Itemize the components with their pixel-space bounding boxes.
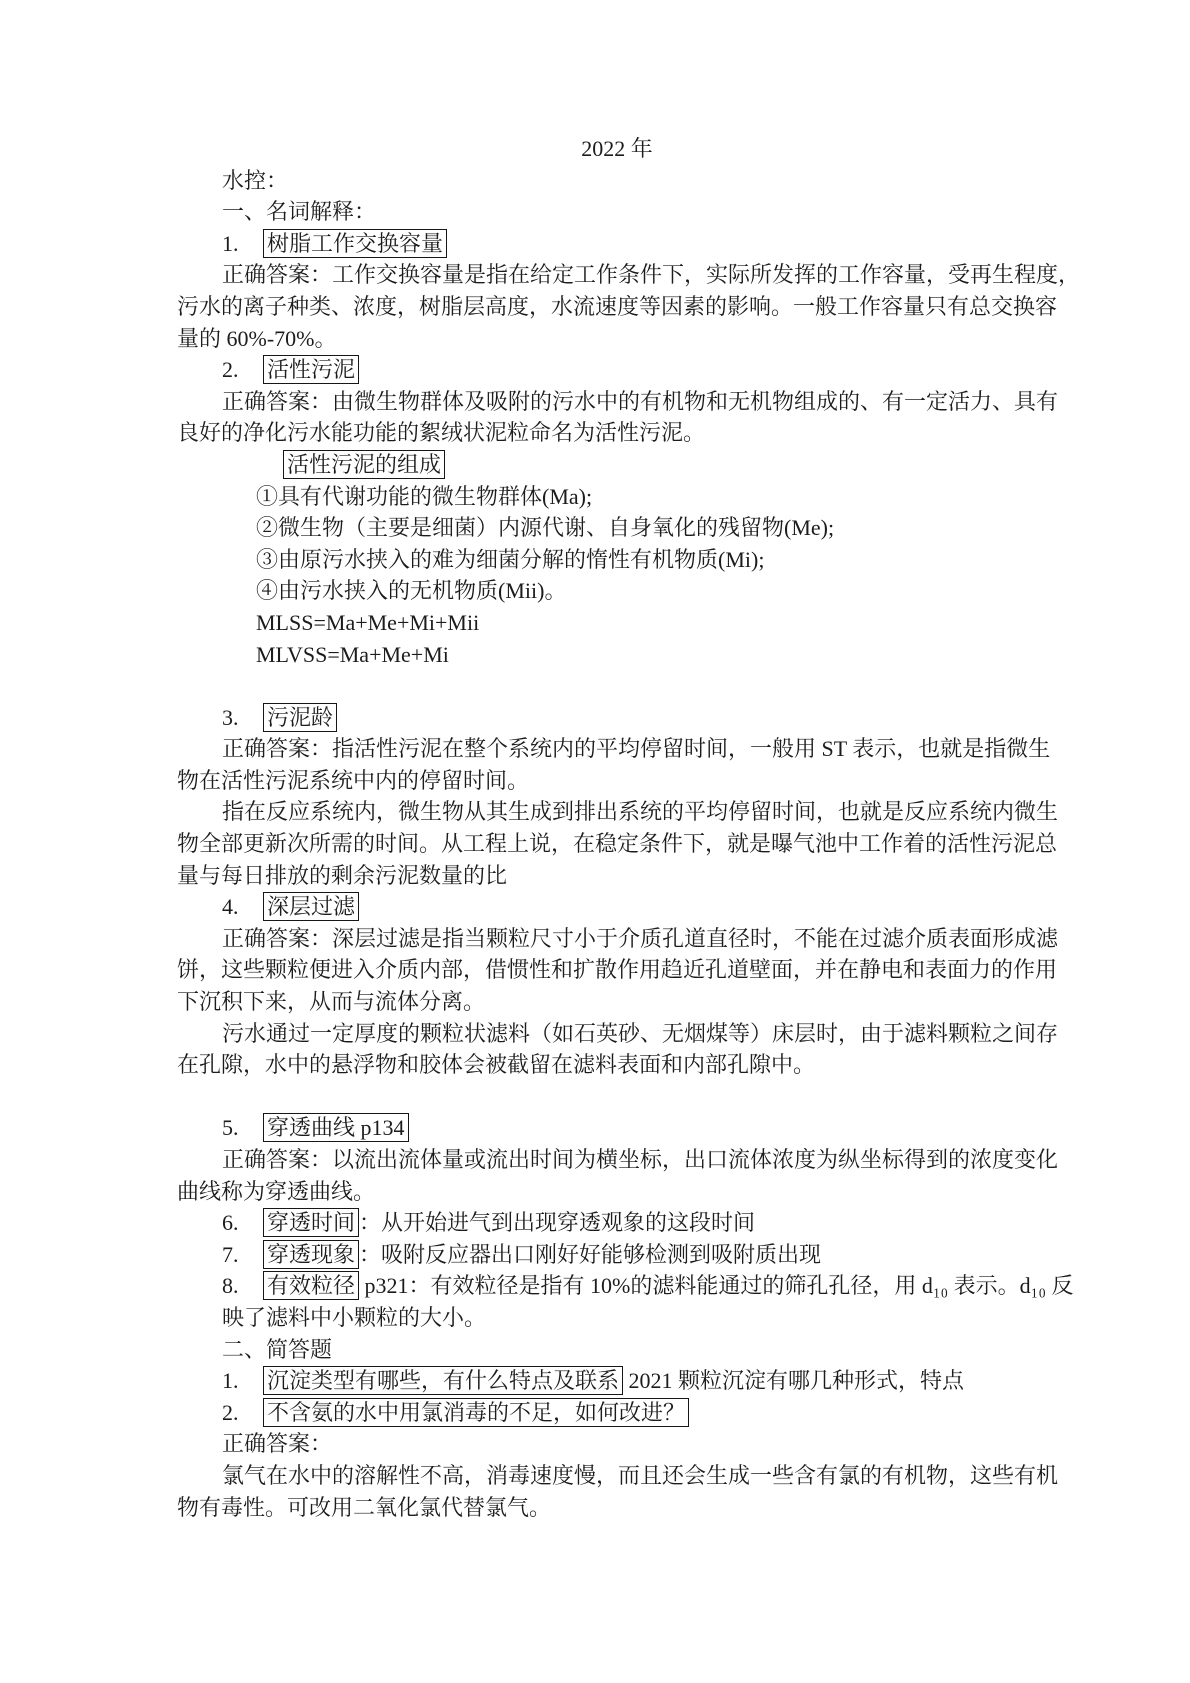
boxed-term: 有效粒径: [263, 1271, 359, 1300]
doc-line: 正确答案：深层过滤是指当颗粒尺寸小于介质孔道直径时，不能在过滤介质表面形成滤: [177, 923, 1057, 955]
doc-line: MLVSS=Ma+Me+Mi: [177, 639, 1057, 671]
list-number: 8.: [222, 1270, 263, 1302]
doc-line: 污水的离子种类、浓度，树脂层高度，水流速度等因素的影响。一般工作容量只有总交换容: [177, 291, 1057, 323]
text-run: MLSS=Ma+Me+Mi+Mii: [256, 610, 479, 635]
text-run: 物全部更新次所需的时间。从工程上说，在稳定条件下，就是曝气池中工作着的活性污泥总: [177, 831, 1057, 856]
text-run: 饼，这些颗粒便进入介质内部，借惯性和扩散作用趋近孔道壁面，并在静电和表面力的作用: [177, 957, 1057, 982]
doc-line: 1.沉淀类型有哪些，有什么特点及联系 2021 颗粒沉淀有哪几种形式，特点: [177, 1365, 1057, 1397]
doc-line: 曲线称为穿透曲线。: [177, 1176, 1057, 1208]
list-number: 2.: [222, 354, 263, 386]
doc-line: 下沉积下来，从而与流体分离。: [177, 986, 1057, 1018]
doc-line: 水控：: [177, 165, 1057, 197]
list-number: 4.: [222, 891, 263, 923]
text-run: 物有毒性。可改用二氧化氯代替氯气。: [177, 1495, 551, 1520]
text-run: 二、简答题: [222, 1337, 332, 1362]
boxed-term: 活性污泥的组成: [283, 450, 445, 479]
text-run: p321：有效粒径是指有 10%的滤料能通过的筛孔孔径，用 d₁₀ 表示。d₁₀…: [359, 1273, 1074, 1298]
doc-line: 正确答案：由微生物群体及吸附的污水中的有机物和无机物组成的、有一定活力、具有: [177, 386, 1057, 418]
doc-line: 饼，这些颗粒便进入介质内部，借惯性和扩散作用趋近孔道壁面，并在静电和表面力的作用: [177, 954, 1057, 986]
text-run: 正确答案：深层过滤是指当颗粒尺寸小于介质孔道直径时，不能在过滤介质表面形成滤: [222, 926, 1058, 951]
doc-line: 正确答案：以流出流体量或流出时间为横坐标，出口流体浓度为纵坐标得到的浓度变化: [177, 1144, 1057, 1176]
list-number: 7.: [222, 1239, 263, 1271]
doc-line: 7.穿透现象：吸附反应器出口刚好好能够检测到吸附质出现: [177, 1239, 1057, 1271]
doc-line: 指在反应系统内，微生物从其生成到排出系统的平均停留时间，也就是反应系统内微生: [177, 796, 1057, 828]
doc-line: 污水通过一定厚度的颗粒状滤料（如石英砂、无烟煤等）床层时，由于滤料颗粒之间存: [177, 1018, 1057, 1050]
boxed-term: 穿透时间: [263, 1208, 359, 1237]
doc-title: 2022 年: [177, 133, 1057, 165]
doc-line: 2.活性污泥: [177, 354, 1057, 386]
doc-line: 量的 60%-70%。: [177, 323, 1057, 355]
text-run: ④由污水挟入的无机物质(Mii)。: [256, 578, 566, 603]
document-page: 2022 年 水控：一、名词解释：1.树脂工作交换容量正确答案：工作交换容量是指…: [0, 0, 1190, 1683]
doc-line: ④由污水挟入的无机物质(Mii)。: [177, 575, 1057, 607]
text-run: 正确答案：: [222, 1431, 332, 1456]
doc-line: 5.穿透曲线 p134: [177, 1112, 1057, 1144]
doc-line: 4.深层过滤: [177, 891, 1057, 923]
doc-line: 6.穿透时间：从开始进气到出现穿透观象的这段时间: [177, 1207, 1057, 1239]
text-run: 氯气在水中的溶解性不高，消毒速度慢，而且还会生成一些含有氯的有机物，这些有机: [222, 1463, 1058, 1488]
text-run: 在孔隙，水中的悬浮物和胶体会被截留在滤料表面和内部孔隙中。: [177, 1052, 815, 1077]
doc-line: 活性污泥的组成: [177, 449, 1057, 481]
text-run: 映了滤料中小颗粒的大小。: [222, 1305, 486, 1330]
doc-line: 正确答案：指活性污泥在整个系统内的平均停留时间，一般用 ST 表示，也就是指微生: [177, 733, 1057, 765]
list-number: 2.: [222, 1397, 263, 1429]
text-run: 2021 颗粒沉淀有哪几种形式，特点: [623, 1368, 964, 1393]
doc-line: 物全部更新次所需的时间。从工程上说，在稳定条件下，就是曝气池中工作着的活性污泥总: [177, 828, 1057, 860]
list-number: 5.: [222, 1112, 263, 1144]
text-run: 污水通过一定厚度的颗粒状滤料（如石英砂、无烟煤等）床层时，由于滤料颗粒之间存: [222, 1021, 1058, 1046]
doc-line: ①具有代谢功能的微生物群体(Ma);: [177, 481, 1057, 513]
list-number: 1.: [222, 1365, 263, 1397]
text-run: 正确答案：指活性污泥在整个系统内的平均停留时间，一般用 ST 表示，也就是指微生: [222, 736, 1050, 761]
document-body: 2022 年 水控：一、名词解释：1.树脂工作交换容量正确答案：工作交换容量是指…: [177, 133, 1057, 1523]
text-run: 一、名词解释：: [222, 199, 376, 224]
doc-line: 正确答案：: [177, 1428, 1057, 1460]
boxed-term: 不含氨的水中用氯消毒的不足，如何改进？: [263, 1398, 689, 1427]
text-run: 正确答案：由微生物群体及吸附的污水中的有机物和无机物组成的、有一定活力、具有: [222, 389, 1058, 414]
doc-line: 2.不含氨的水中用氯消毒的不足，如何改进？: [177, 1397, 1057, 1429]
text-run: 良好的净化污水能功能的絮绒状泥粒命名为活性污泥。: [177, 420, 705, 445]
doc-line: 3.污泥龄: [177, 702, 1057, 734]
list-number: 6.: [222, 1207, 263, 1239]
doc-line: 物在活性污泥系统中内的停留时间。: [177, 765, 1057, 797]
doc-line: MLSS=Ma+Me+Mi+Mii: [177, 607, 1057, 639]
text-run: MLVSS=Ma+Me+Mi: [256, 642, 449, 667]
text-run: ①具有代谢功能的微生物群体(Ma);: [256, 484, 592, 509]
boxed-term: 污泥龄: [263, 703, 337, 732]
blank-line: [177, 670, 1057, 702]
boxed-term: 穿透现象: [263, 1240, 359, 1269]
text-run: 指在反应系统内，微生物从其生成到排出系统的平均停留时间，也就是反应系统内微生: [222, 799, 1058, 824]
doc-line: ③由原污水挟入的难为细菌分解的惰性有机物质(Mi);: [177, 544, 1057, 576]
text-run: 量的 60%-70%。: [177, 326, 336, 351]
doc-line: 量与每日排放的剩余污泥数量的比: [177, 860, 1057, 892]
doc-line: 映了滤料中小颗粒的大小。: [177, 1302, 1057, 1334]
text-run: 物在活性污泥系统中内的停留时间。: [177, 768, 529, 793]
doc-line: 8.有效粒径 p321：有效粒径是指有 10%的滤料能通过的筛孔孔径，用 d₁₀…: [177, 1270, 1057, 1302]
text-run: ：从开始进气到出现穿透观象的这段时间: [359, 1210, 755, 1235]
doc-line: 良好的净化污水能功能的絮绒状泥粒命名为活性污泥。: [177, 417, 1057, 449]
doc-line: 正确答案：工作交换容量是指在给定工作条件下，实际所发挥的工作容量，受再生程度，: [177, 259, 1057, 291]
doc-line: 1.树脂工作交换容量: [177, 228, 1057, 260]
text-run: ②微生物（主要是细菌）内源代谢、自身氧化的残留物(Me);: [256, 515, 834, 540]
list-number: 3.: [222, 702, 263, 734]
boxed-term: 活性污泥: [263, 355, 359, 384]
boxed-term: 深层过滤: [263, 892, 359, 921]
text-run: 正确答案：以流出流体量或流出时间为横坐标，出口流体浓度为纵坐标得到的浓度变化: [222, 1147, 1058, 1172]
text-run: 下沉积下来，从而与流体分离。: [177, 989, 485, 1014]
doc-line: 氯气在水中的溶解性不高，消毒速度慢，而且还会生成一些含有氯的有机物，这些有机: [177, 1460, 1057, 1492]
text-run: 污水的离子种类、浓度，树脂层高度，水流速度等因素的影响。一般工作容量只有总交换容: [177, 294, 1057, 319]
boxed-term: 穿透曲线 p134: [263, 1113, 409, 1142]
doc-line: 物有毒性。可改用二氧化氯代替氯气。: [177, 1492, 1057, 1524]
text-run: 量与每日排放的剩余污泥数量的比: [177, 863, 507, 888]
text-run: 水控：: [222, 168, 288, 193]
blank-line: [177, 1081, 1057, 1113]
text-run: 曲线称为穿透曲线。: [177, 1179, 375, 1204]
text-run: 正确答案：工作交换容量是指在给定工作条件下，实际所发挥的工作容量，受再生程度，: [222, 262, 1080, 287]
doc-line: 一、名词解释：: [177, 196, 1057, 228]
boxed-term: 沉淀类型有哪些，有什么特点及联系: [263, 1366, 623, 1395]
text-run: ：吸附反应器出口刚好好能够检测到吸附质出现: [359, 1242, 821, 1267]
doc-line: 在孔隙，水中的悬浮物和胶体会被截留在滤料表面和内部孔隙中。: [177, 1049, 1057, 1081]
doc-line: ②微生物（主要是细菌）内源代谢、自身氧化的残留物(Me);: [177, 512, 1057, 544]
text-run: ③由原污水挟入的难为细菌分解的惰性有机物质(Mi);: [256, 547, 764, 572]
doc-line: 二、简答题: [177, 1334, 1057, 1366]
boxed-term: 树脂工作交换容量: [263, 229, 447, 258]
list-number: 1.: [222, 228, 263, 260]
